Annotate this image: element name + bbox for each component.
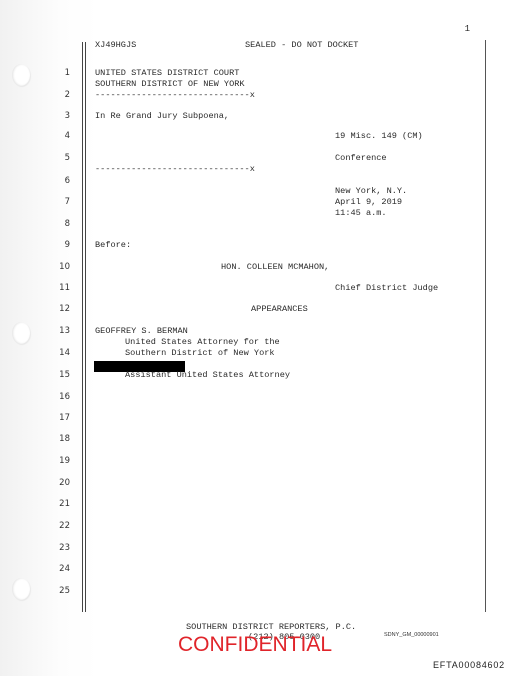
left-margin-rule bbox=[85, 42, 86, 612]
line-number: 21 bbox=[40, 499, 70, 509]
court-district: SOUTHERN DISTRICT OF NEW YORK bbox=[95, 79, 245, 89]
line-number: 24 bbox=[40, 564, 70, 574]
case-number: 19 Misc. 149 (CM) bbox=[335, 131, 423, 141]
bates-number-sdny: SDNY_GM_00000901 bbox=[384, 632, 439, 638]
appearances-heading: APPEARANCES bbox=[251, 304, 308, 314]
line-number: 15 bbox=[40, 370, 70, 380]
line-number: 10 bbox=[40, 262, 70, 272]
bates-number-efta: EFTA00084602 bbox=[433, 660, 505, 670]
line-number: 18 bbox=[40, 434, 70, 444]
page-number: 1 bbox=[465, 24, 470, 34]
line-number: 25 bbox=[40, 586, 70, 596]
line-number: 7 bbox=[40, 197, 70, 207]
case-title: In Re Grand Jury Subpoena, bbox=[95, 111, 229, 121]
line-number: 2 bbox=[40, 90, 70, 100]
attorney-title-line-1: United States Attorney for the bbox=[125, 337, 280, 347]
confidential-stamp: CONFIDENTIAL bbox=[178, 633, 332, 657]
doc-code: XJ49HGJS bbox=[95, 40, 136, 50]
line-number: 17 bbox=[40, 413, 70, 423]
before-label: Before: bbox=[95, 240, 131, 250]
line-number: 13 bbox=[40, 326, 70, 336]
attorney-name: GEOFFREY S. BERMAN bbox=[95, 326, 188, 336]
hearing-location: New York, N.Y. bbox=[335, 186, 407, 196]
caption-divider-top: ------------------------------x bbox=[95, 90, 255, 100]
line-number: 16 bbox=[40, 392, 70, 402]
line-number: 12 bbox=[40, 304, 70, 314]
punch-hole bbox=[12, 578, 30, 600]
judge-title: Chief District Judge bbox=[335, 283, 438, 293]
seal-notice: SEALED - DO NOT DOCKET bbox=[245, 40, 358, 50]
judge-name: HON. COLLEEN MCMAHON, bbox=[221, 262, 329, 272]
line-number: 19 bbox=[40, 456, 70, 466]
line-number: 3 bbox=[40, 111, 70, 121]
line-number: 11 bbox=[40, 283, 70, 293]
transcript-page: 1 XJ49HGJS SEALED - DO NOT DOCKET 1 2 3 … bbox=[0, 0, 512, 676]
punch-hole bbox=[12, 64, 30, 86]
right-margin-rule bbox=[485, 40, 486, 612]
caption-divider-bottom: ------------------------------x bbox=[95, 164, 255, 174]
court-reporter-name: SOUTHERN DISTRICT REPORTERS, P.C. bbox=[186, 622, 356, 632]
assistant-title: Assistant United States Attorney bbox=[125, 370, 290, 380]
punch-hole bbox=[12, 322, 30, 344]
line-number: 14 bbox=[40, 348, 70, 358]
line-number: 22 bbox=[40, 521, 70, 531]
line-number: 23 bbox=[40, 543, 70, 553]
line-number: 1 bbox=[40, 68, 70, 78]
line-number: 6 bbox=[40, 176, 70, 186]
line-number: 8 bbox=[40, 219, 70, 229]
proceeding-type: Conference bbox=[335, 153, 387, 163]
court-name: UNITED STATES DISTRICT COURT bbox=[95, 68, 239, 78]
line-number: 20 bbox=[40, 478, 70, 488]
hearing-date: April 9, 2019 bbox=[335, 197, 402, 207]
line-number: 4 bbox=[40, 131, 70, 141]
left-margin-rule bbox=[82, 42, 83, 612]
hearing-time: 11:45 a.m. bbox=[335, 208, 387, 218]
line-number: 5 bbox=[40, 153, 70, 163]
attorney-title-line-2: Southern District of New York bbox=[125, 348, 275, 358]
line-number: 9 bbox=[40, 240, 70, 250]
